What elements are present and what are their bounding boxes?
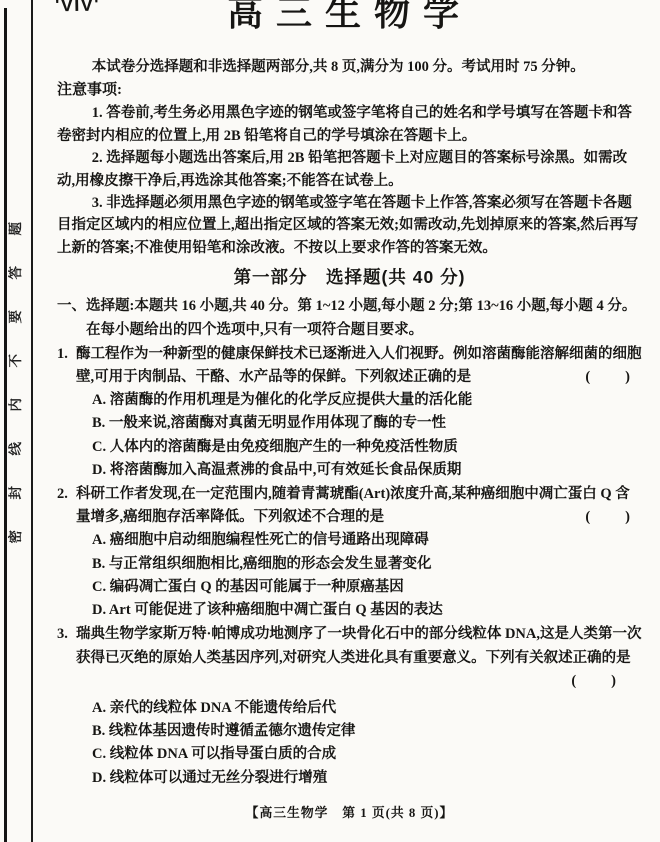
question-1-option-a: A. 溶菌酶的作用机理是为催化的化学反应提供大量的活化能 xyxy=(92,389,642,412)
question-3-stem: 3.瑞典生物学家斯万特·帕博成功地测序了一块骨化石中的部分线粒体 DNA,这是人… xyxy=(57,623,642,669)
question-2-option-c: C. 编码凋亡蛋白 Q 的基因可能属于一种原癌基因 xyxy=(92,576,642,599)
answer-bracket: ( ) xyxy=(57,670,642,693)
seal-line-text: 题 答 要 不 内 线 封 密 xyxy=(2,222,30,544)
seal-char: 要 xyxy=(9,310,23,324)
question-3: 3.瑞典生物学家斯万特·帕博成功地测序了一块骨化石中的部分线粒体 DNA,这是人… xyxy=(57,623,642,789)
exam-page: 题 答 要 不 内 线 封 密 'VIV' 高三生物学 本试卷分选择题和非选择题… xyxy=(0,0,660,842)
question-1-option-c: C. 人体内的溶菌酶是由免疫细胞产生的一种免疫活性物质 xyxy=(92,436,642,459)
notice-item-1: 1. 答卷前,考生务必用黑色字迹的钢笔或签字笔将自己的姓名和学号填写在答题卡和答… xyxy=(57,102,642,147)
question-stem-text: 瑞典生物学家斯万特·帕博成功地测序了一块骨化石中的部分线粒体 DNA,这是人类第… xyxy=(76,626,642,665)
notice-item-3: 3. 非选择题必须用黑色字迹的钢笔或签字笔在答题卡上作答,答案必须写在答题卡各题… xyxy=(57,192,642,259)
question-number: 3. xyxy=(57,623,68,646)
answer-bracket: ( ) xyxy=(585,366,632,389)
seal-char: 题 xyxy=(9,222,23,236)
seal-char: 密 xyxy=(9,530,23,544)
answer-bracket: ( ) xyxy=(585,506,632,529)
question-1: 1.酶工程作为一种新型的健康保鲜技术已逐渐进入人们视野。例如溶菌酶能溶解细菌的细… xyxy=(57,343,642,482)
question-3-option-d: D. 线粒体可以通过无丝分裂进行增殖 xyxy=(92,767,642,790)
seal-char: 线 xyxy=(9,442,23,456)
question-2-stem: 2.科研工作者发现,在一定范围内,随着青蒿琥酯(Art)浓度升高,某种癌细胞中凋… xyxy=(57,483,642,529)
notice-heading: 注意事项: xyxy=(57,79,642,102)
section-title: 第一部分 选择题(共 40 分) xyxy=(57,266,642,289)
question-1-stem: 1.酶工程作为一种新型的健康保鲜技术已逐渐进入人们视野。例如溶菌酶能溶解细菌的细… xyxy=(57,343,642,389)
question-2: 2.科研工作者发现,在一定范围内,随着青蒿琥酯(Art)浓度升高,某种癌细胞中凋… xyxy=(57,483,642,622)
seal-inner-rule xyxy=(31,0,33,842)
question-stem-text: 酶工程作为一种新型的健康保鲜技术已逐渐进入人们视野。例如溶菌酶能溶解细菌的细胞壁… xyxy=(76,346,642,385)
question-3-option-a: A. 亲代的线粒体 DNA 不能遗传给后代 xyxy=(92,697,642,720)
seal-char: 不 xyxy=(9,354,23,368)
question-number: 2. xyxy=(57,483,68,506)
exam-body: 本试卷分选择题和非选择题两部分,共 8 页,满分为 100 分。考试用时 75 … xyxy=(57,0,642,790)
question-number: 1. xyxy=(57,343,68,366)
page-footer: 【高三生物学 第 1 页(共 8 页)】 xyxy=(57,802,642,821)
question-2-option-a: A. 癌细胞中启动细胞编程性死亡的信号通路出现障碍 xyxy=(92,529,642,552)
section-rule: 一、选择题:本题共 16 小题,共 40 分。第 1~12 小题,每小题 2 分… xyxy=(57,295,642,341)
seal-char: 答 xyxy=(9,266,23,280)
notice-item-2: 2. 选择题每小题选出答案后,用 2B 铅笔把答题卡上对应题目的答案标号涂黑。如… xyxy=(57,147,642,192)
question-stem-text: 科研工作者发现,在一定范围内,随着青蒿琥酯(Art)浓度升高,某种癌细胞中凋亡蛋… xyxy=(76,486,630,525)
question-3-option-c: C. 线粒体 DNA 可以指导蛋白质的合成 xyxy=(92,743,642,766)
question-3-option-b: B. 线粒体基因遗传时遵循孟德尔遗传定律 xyxy=(92,720,642,743)
seal-char: 内 xyxy=(9,398,23,412)
question-1-option-d: D. 将溶菌酶加入高温煮沸的食品中,可有效延长食品保质期 xyxy=(92,459,642,482)
question-2-option-b: B. 与正常组织细胞相比,癌细胞的形态会发生显著变化 xyxy=(92,553,642,576)
question-2-option-d: D. Art 可能促进了该种癌细胞中凋亡蛋白 Q 基因的表达 xyxy=(92,599,642,622)
seal-char: 封 xyxy=(9,486,23,500)
exam-summary: 本试卷分选择题和非选择题两部分,共 8 页,满分为 100 分。考试用时 75 … xyxy=(57,56,642,79)
question-1-option-b: B. 一般来说,溶菌酶对真菌无明显作用体现了酶的专一性 xyxy=(92,412,642,435)
